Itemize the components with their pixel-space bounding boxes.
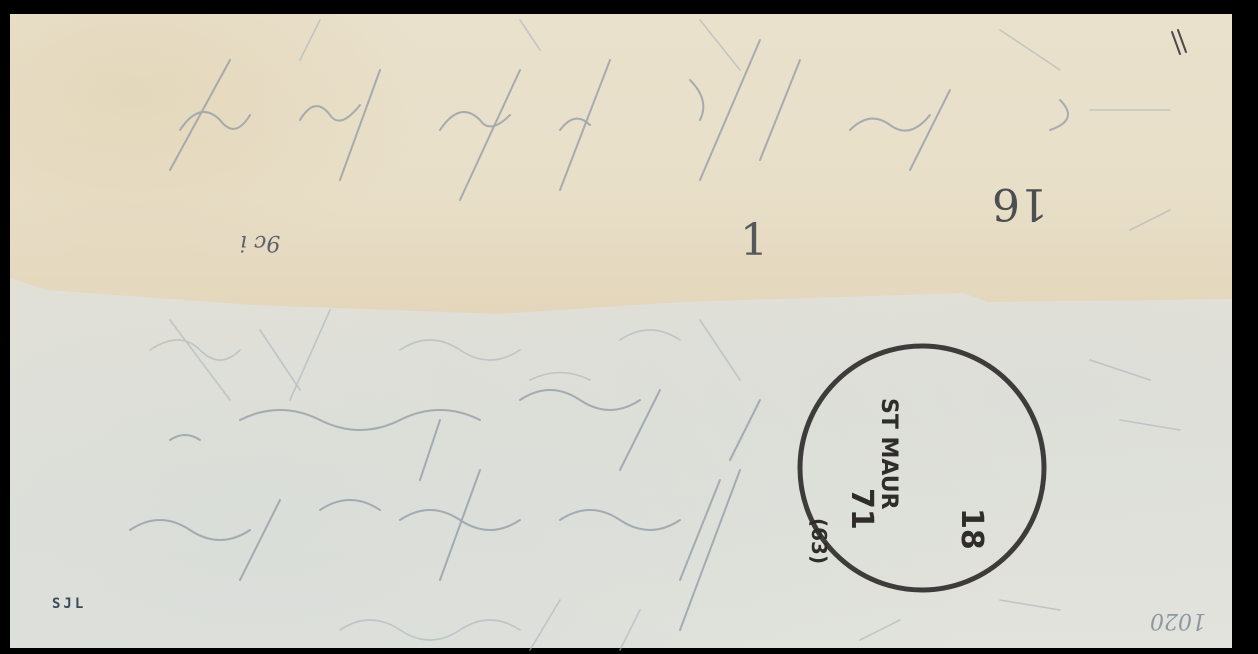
postmark-day: 18 <box>954 508 989 550</box>
pencil-number-corner: 1020 <box>1150 608 1206 633</box>
pencil-note-small: 9c i <box>240 230 280 255</box>
postmark-year: 71 <box>844 488 879 530</box>
sjl-stamp: SJL <box>52 596 86 612</box>
pencil-number-1: 1 <box>740 215 768 266</box>
pencil-number-16: 16 <box>992 178 1048 229</box>
postmark-bottom: (63) <box>807 518 831 564</box>
postmark: ST MAUR 18 71 (63) <box>800 346 1044 590</box>
handwriting-layer: ST MAUR 18 71 (63) <box>0 0 1258 654</box>
